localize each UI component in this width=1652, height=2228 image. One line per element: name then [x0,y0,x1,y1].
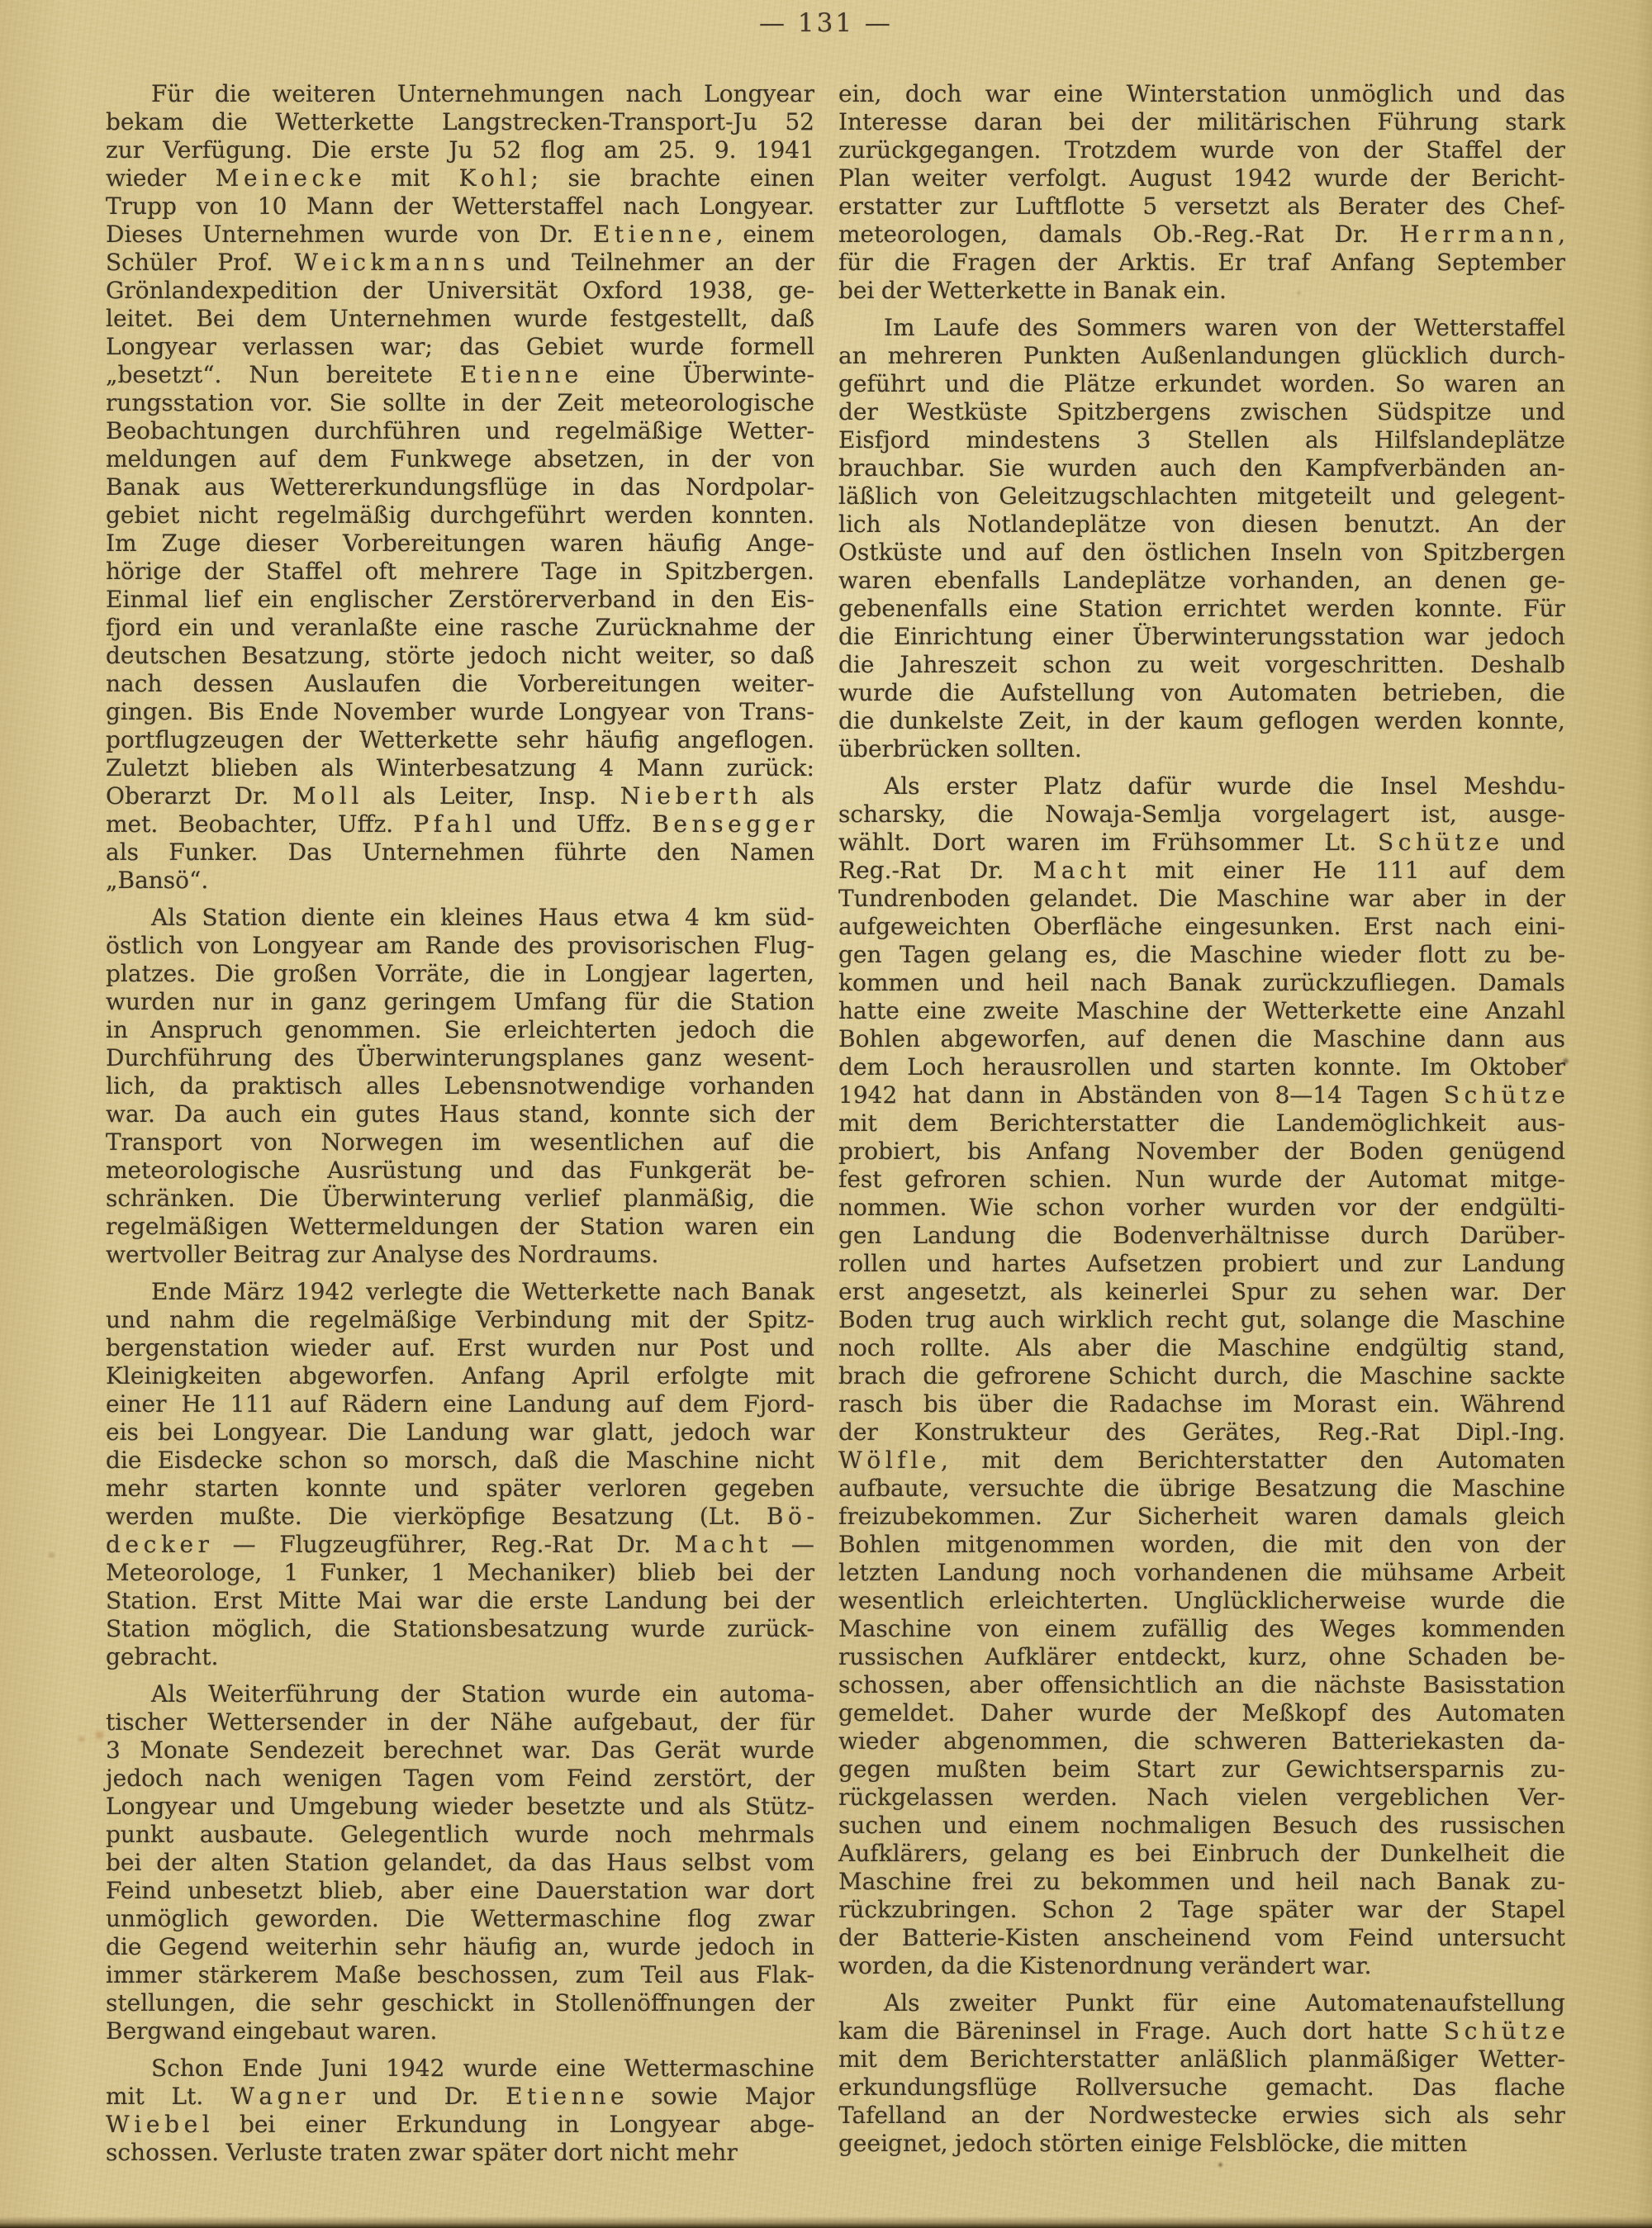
text-line: gebietnichtregelmäßigdurchgeführtwerdenk… [106,501,814,530]
text-line: MaschinefreizubekommenundheilnachBanakzu… [838,1868,1565,1896]
text-line: Planweiterverfolgt.August1942wurdederBer… [838,164,1565,192]
text-line: worden,dadieKistenordnungverändertwar. [838,1952,1565,1980]
text-line: undnahmdieregelmäßigeVerbindungmitderSpi… [106,1306,814,1334]
text-line: einerHe111aufRäderneineLandungaufdemFjor… [106,1390,814,1418]
text-line: AlsWeiterführungderStationwurdeeinautoma… [106,1680,814,1708]
text-line: punktausbaute.Gelegentlichwurdenochmehrm… [106,1821,814,1849]
text-line: ImLaufedesSommerswarenvonderWetterstaffe… [838,314,1565,342]
text-line: letztenLandungnochvorhandenendiemühsameA… [838,1559,1565,1587]
text-line: wertvollerBeitragzurAnalysedesNordraums. [106,1241,814,1269]
text-line: Station.ErstMitteMaiwardieersteLandungbe… [106,1587,814,1615]
text-line: Eisfjordmindestens3StellenalsHilfslandep… [838,426,1565,454]
text-line: nochrollte.AlsaberdieMaschineendgültigst… [838,1334,1565,1362]
text-line: Bodentrugauchwirklichrechtgut,solangedie… [838,1306,1565,1334]
paper-specks [0,0,4,4]
text-line: freizubekommen.ZurSicherheitwarendamalsg… [838,1503,1565,1531]
text-line: beideraltenStationgelandet,dadasHausselb… [106,1849,814,1877]
text-line: läßlichvonGeleitzugschlachtenmitgeteiltu… [838,482,1565,511]
text-line: wählt.DortwarenimFrühsommerLt.S c h ü t … [838,829,1565,857]
text-line: mitdemBerichterstatteranläßlichplanmäßig… [838,2045,1565,2074]
text-line: Reg.-RatDr.M a c h tmiteinerHe111aufdem [838,857,1565,885]
text-line: AlsersterPlatzdafürwurdedieInselMeshdu- [838,772,1565,800]
text-line: gemeldet.DaherwurdederMeßkopfdesAutomate… [838,1699,1565,1727]
text-line: gebracht. [106,1643,814,1671]
text-line: derWestküsteSpitzbergenszwischenSüdspitz… [838,398,1565,426]
text-line: deutschenBesatzung,störtejedochnichtweit… [106,642,814,670]
text-line: d e c k e r—Flugzeugführer,Reg.-RatDr.M … [106,1531,814,1559]
text-line: OberarztDr.M o l lalsLeiter,Insp.N i e b… [106,782,814,810]
text-line: schossen.Verlustetratenzwarspäterdortnic… [106,2139,814,2167]
text-line: leitet.BeidemUnternehmenwurdefestgestell… [106,305,814,333]
text-line: geführtunddiePlätzeerkundetworden.Soware… [838,370,1565,398]
text-line: genTagengelanges,dieMaschinewiederflottz… [838,941,1565,969]
text-line: „besetzt“.NunbereiteteE t i e n n eeineÜ… [106,361,814,389]
text-line: erstatterzurLuftflotte5versetztalsBerate… [838,192,1565,221]
text-line: rückzubringen.Schon2TagespäterwarderStap… [838,1896,1565,1924]
scanned-book-page: — 131 — FürdieweiterenUnternehmungennach… [0,0,1652,2228]
text-line: Bergwandeingebautwaren. [106,2017,814,2045]
text-line: LongyearundUmgebungwiederbesetzteundalsS… [106,1793,814,1821]
text-line: 3MonateSendezeitberechnetwar.DasGerätwur… [106,1736,814,1765]
text-line: rückgelassenwerden.Nachvielenvergebliche… [838,1784,1565,1812]
text-line: regelmäßigenWettermeldungenderStationwar… [106,1213,814,1241]
text-line: mitdemBerichterstatterdieLandemöglichkei… [838,1109,1565,1138]
paragraph: AlsWeiterführungderStationwurdeeinautoma… [106,1680,814,2045]
text-line: dieEisdeckeschonsomorsch,daßdieMaschinen… [106,1447,814,1475]
column-left: FürdieweiterenUnternehmungennachLongyear… [106,80,814,2176]
text-line: lichalsNotlandeplätzevondiesenbenutzt.An… [838,511,1565,539]
text-line: gegenmußtenbeimStartzurGewichtsersparnis… [838,1755,1565,1784]
text-line: fjordeinundveranlaßteeinerascheZurücknah… [106,614,814,642]
text-line: immerstärkeremMaßebeschossen,zumTeilausF… [106,1961,814,1989]
text-line: hatteeinezweiteMaschinederWetterketteein… [838,997,1565,1025]
text-line: östlichvonLongyearamRandedesprovisorisch… [106,932,814,960]
column-right: ein,dochwareineWinterstationunmöglichund… [838,80,1565,2167]
text-line: DurchführungdesÜberwinterungsplanesganzw… [106,1044,814,1072]
text-line: wesentlicherleichterten.Unglücklicherwei… [838,1587,1565,1615]
text-line: derKonstrukteurdesGerätes,Reg.-RatDipl.-… [838,1418,1565,1447]
text-line: scharsky,dieNowaja-Semljavorgelagertist,… [838,800,1565,829]
text-line: alsFunker.DasUnternehmenführtedenNamen [106,838,814,867]
text-line: AlszweiterPunktfüreineAutomatenaufstellu… [838,1989,1565,2017]
text-line: Kleinigkeitenabgeworfen.AnfangAprilerfol… [106,1362,814,1390]
text-line: OstküsteundaufdenöstlichenInselnvonSpitz… [838,539,1565,567]
text-line: meteorologischeAusrüstungunddasFunkgerät… [106,1157,814,1185]
text-line: nachdessenAuslaufendieVorbereitungenweit… [106,670,814,698]
text-line: TafellandanderNordwesteckeerwiessichalss… [838,2102,1565,2130]
text-line: TransportvonNorwegenimwesentlichenaufdie [106,1128,814,1157]
text-line: schränken.DieÜberwinterungverliefplanmäß… [106,1185,814,1213]
text-line: inAnspruchgenommen.Sieerleichtertenjedoc… [106,1016,814,1044]
page-number: — 131 — [0,8,1652,38]
text-line: raschbisüberdieRadachseimMorastein.Währe… [838,1390,1565,1418]
text-line: GrönlandexpeditionderUniversitätOxford19… [106,277,814,305]
text-line: ein,dochwareineWinterstationunmöglichund… [838,80,1565,108]
text-line: Bohlenmitgenommenworden,diemitdenvonder [838,1531,1565,1559]
text-line: nommen.Wieschonvorherwurdenvorderendgült… [838,1194,1565,1222]
text-line: MaschinevoneinemzufälligdesWegeskommende… [838,1615,1565,1643]
text-line: BeobachtungendurchführenundregelmäßigeWe… [106,417,814,445]
text-line: beiderWetterketteinBanakein. [838,277,1565,305]
text-line: suchenundeinemnochmaligenBesuchdesrussis… [838,1812,1565,1840]
text-line: brauchbar.SiewurdenauchdenKampfverbänden… [838,454,1565,482]
text-line: russischenAufklärerentdeckt,kurz,ohneSch… [838,1643,1565,1671]
text-line: wiederM e i n e c k emitK o h l ;siebrac… [106,164,814,192]
paragraph: AlszweiterPunktfüreineAutomatenaufstellu… [838,1989,1565,2158]
text-line: kamdieBäreninselinFrage.AuchdorthatteS c… [838,2017,1565,2045]
text-line: portflugzeugenderWetterkettesehrhäufigan… [106,726,814,754]
text-line: zurVerfügung.DieersteJu52flogam25.9.1941 [106,136,814,164]
text-line: jedochnachwenigenTagenvomFeindzerstört,d… [106,1765,814,1793]
text-line: geeignet,jedochstörteneinigeFelsblöcke,d… [838,2130,1565,2158]
text-line: demLochherausrollenundstartenkonnte.ImOk… [838,1053,1565,1081]
text-line: Longyearverlassenwar;dasGebietwurdeforme… [106,333,814,361]
text-line: kommenundheilnachBanakzurückzufliegen.Da… [838,969,1565,997]
paragraph: AlsersterPlatzdafürwurdedieInselMeshdu-s… [838,772,1565,1980]
text-line: meldungenaufdemFunkwegeabsetzen,indervon [106,445,814,473]
text-line: derBatterie-KistenanscheinendvomFeindunt… [838,1924,1565,1952]
text-line: met.Beobachter,Uffz.P f a h lundUffz.B e… [106,810,814,838]
text-line: 1942hatdanninAbständenvon8—14TagenS c h … [838,1081,1565,1109]
text-line: schossen,aberoffensichtlichandienächsteB… [838,1671,1565,1699]
text-line: dieEinrichtungeinerÜberwinterungsstation… [838,623,1565,651]
text-line: genLandungdieBodenverhältnissedurchDarüb… [838,1222,1565,1250]
text-line: Feindunbesetztblieb,abereineDauerstation… [106,1877,814,1905]
text-line: bekamdieWetterketteLangstrecken-Transpor… [106,108,814,136]
text-line: tischerWettersenderinderNäheaufgebaut,de… [106,1708,814,1736]
text-line: dieJahreszeitschonzuweitvorgeschritten.D… [838,651,1565,679]
text-line: Bohlenabgeworfen,aufdenendieMaschinedann… [838,1025,1565,1053]
text-line: Truppvon10MannderWetterstaffelnachLongye… [106,192,814,221]
text-line: unmöglichgeworden.DieWettermaschineflogz… [106,1905,814,1933]
text-line: aufbaute,versuchtedieübrigeBesatzungdieM… [838,1475,1565,1503]
text-line: diedunkelsteZeit,inderkaumgeflogenwerden… [838,707,1565,735]
text-line: SchülerProf.W e i c k m a n n sundTeilne… [106,249,814,277]
text-line: FürdieweiterenUnternehmungennachLongyear [106,80,814,108]
text-line: InteressedaranbeidermilitärischenFührung… [838,108,1565,136]
text-line: dieGegendweiterhinsehrhäufigan,wurdejedo… [106,1933,814,1961]
text-line: lich,dapraktischallesLebensnotwendigevor… [106,1072,814,1100]
text-line: wurdennuringanzgeringemUmfangfürdieStati… [106,988,814,1016]
text-line: „Bansö“. [106,867,814,895]
text-line: aufgeweichtenOberflächeeingesunken.Erstn… [838,913,1565,941]
text-line: eisbeiLongyear.DieLandungwarglatt,jedoch… [106,1418,814,1447]
text-line: erstangesetzt,alskeinerleiSpurzusehenwar… [838,1278,1565,1306]
text-line: erkundungsflügeRollversuchegemacht.Dasfl… [838,2074,1565,2102]
text-line: werdenmußte.DievierköpfigeBesatzung(Lt.B… [106,1503,814,1531]
text-line: BanakausWettererkundungsflügeindasNordpo… [106,473,814,501]
paragraph: SchonEndeJuni1942wurdeeineWettermaschine… [106,2055,814,2167]
text-line: EinmalliefeinenglischerZerstörerverbandi… [106,586,814,614]
text-line: war.DaaucheingutesHausstand,konntesichde… [106,1100,814,1128]
paragraph: EndeMärz1942verlegtedieWetterkettenachBa… [106,1278,814,1671]
text-line: Aufklärers,gelangesbeiEinbruchderDunkelh… [838,1840,1565,1868]
text-line: rollenundhartesAufsetzenprobiertundzurLa… [838,1250,1565,1278]
text-line: Meteorologe,1Funker,1Mechaniker)bliebbei… [106,1559,814,1587]
text-line: EndeMärz1942verlegtedieWetterkettenachBa… [106,1278,814,1306]
text-line: gingen.BisEndeNovemberwurdeLongyearvonTr… [106,698,814,726]
text-line: DiesesUnternehmenwurdevonDr.E t i e n n … [106,221,814,249]
text-line: rungsstationvor.SiesollteinderZeitmeteor… [106,389,814,417]
text-line: probiert,bisAnfangNovemberderBodengenüge… [838,1138,1565,1166]
text-line: SchonEndeJuni1942wurdeeineWettermaschine [106,2055,814,2083]
text-line: warenebenfallsLandeplätzevorhanden,anden… [838,567,1565,595]
text-line: ImZugedieserVorbereitungenwarenhäufigAng… [106,530,814,558]
text-line: W i e b e lbeieinerErkundunginLongyearab… [106,2111,814,2139]
text-line: wurdedieAufstellungvonAutomatenbetrieben… [838,679,1565,707]
text-line: Stationmöglich,dieStationsbesatzungwurde… [106,1615,814,1643]
text-line: zurückgegangen.TrotzdemwurdevonderStaffe… [838,136,1565,164]
text-line: festgefrorenschien.NunwurdederAutomatmit… [838,1166,1565,1194]
text-line: stellungen,diesehrgeschicktinStollenöffn… [106,1989,814,2017]
text-line: W ö l f l e ,mitdemBerichterstatterdenAu… [838,1447,1565,1475]
text-line: hörigederStaffeloftmehrereTageinSpitzber… [106,558,814,586]
text-line: brachdiegefroreneSchichtdurch,dieMaschin… [838,1362,1565,1390]
text-line: gebenenfallseineStationerrichtetwerdenko… [838,595,1565,623]
text-line: ZuletztbliebenalsWinterbesatzung4Mannzur… [106,754,814,782]
paragraph: ein,dochwareineWinterstationunmöglichund… [838,80,1565,305]
text-line: fürdieFragenderArktis.ErtrafAnfangSeptem… [838,249,1565,277]
text-line: anmehrerenPunktenAußenlandungenglücklich… [838,342,1565,370]
text-line: meteorologen,damalsOb.-Reg.-RatDr.H e r … [838,221,1565,249]
text-line: AlsStationdienteeinkleinesHausetwa4kmsüd… [106,904,814,932]
paragraph: ImLaufedesSommerswarenvonderWetterstaffe… [838,314,1565,763]
text-line: platzes.DiegroßenVorräte,dieinLongjearla… [106,960,814,988]
text-line: wiederabgenommen,dieschwerenBatteriekast… [838,1727,1565,1755]
text-line: Tundrenbodengelandet.DieMaschinewaraberi… [838,885,1565,913]
paragraph: AlsStationdienteeinkleinesHausetwa4kmsüd… [106,904,814,1269]
text-line: mitLt.W a g n e rundDr.E t i e n n esowi… [106,2083,814,2111]
page-bottom-edge [0,2216,1652,2228]
text-line: überbrückensollten. [838,735,1565,763]
text-line: mehrstartenkonnteundspäterverlorengegebe… [106,1475,814,1503]
paragraph: FürdieweiterenUnternehmungennachLongyear… [106,80,814,895]
text-line: bergenstationwiederauf.ErstwurdennurPost… [106,1334,814,1362]
